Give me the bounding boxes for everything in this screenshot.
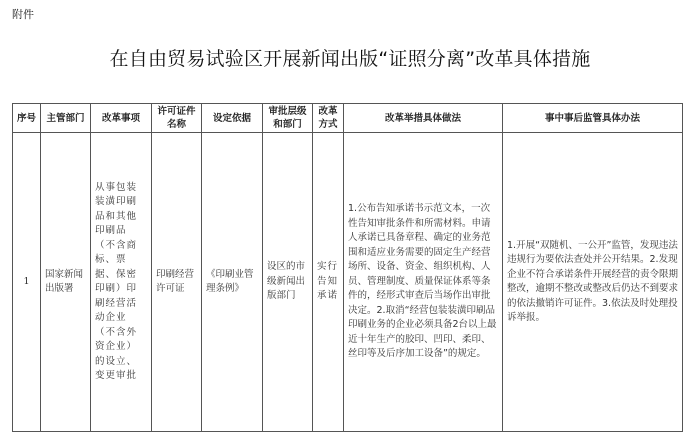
cell-legal-basis: 《印刷业管理条例》 [202, 133, 263, 432]
document-title: 在自由贸易试验区开展新闻出版“证照分离”改革具体措施 [0, 44, 700, 71]
attachment-label: 附件 [12, 6, 34, 22]
table-header-row: 序号 主管部门 改革事项 许可证件名称 设定依据 审批层级和部门 改革方式 改革… [13, 104, 683, 133]
header-approval-level: 审批层级和部门 [263, 104, 313, 133]
cell-index: 1 [13, 133, 41, 432]
header-reform-measures: 改革举措具体做法 [344, 104, 503, 133]
header-legal-basis: 设定依据 [202, 104, 263, 133]
cell-supervision-measures: 1.开展“双随机、一公开”监管，发现违法违规行为要依法查处并公开结果。2.发现企… [503, 133, 683, 432]
cell-approval-level: 设区的市级新闻出版部门 [263, 133, 313, 432]
header-department: 主管部门 [41, 104, 91, 133]
cell-reform-item: 从事包装装潢印刷品和其他印刷品（不含商标、票据、保密印刷）印刷经营活动企业（不含… [91, 133, 152, 432]
reform-measures-table: 序号 主管部门 改革事项 许可证件名称 设定依据 审批层级和部门 改革方式 改革… [12, 103, 683, 432]
cell-reform-method: 实行告知承诺 [313, 133, 344, 432]
header-license-name: 许可证件名称 [152, 104, 202, 133]
table-row: 1 国家新闻出版署 从事包装装潢印刷品和其他印刷品（不含商标、票据、保密印刷）印… [13, 133, 683, 432]
header-supervision-measures: 事中事后监管具体办法 [503, 104, 683, 133]
cell-department: 国家新闻出版署 [41, 133, 91, 432]
header-index: 序号 [13, 104, 41, 133]
reform-measures-text: 1.公布告知承诺书示范文本，一次性告知审批条件和所需材料。申请人承诺已具备章程、… [348, 202, 498, 362]
header-reform-item: 改革事项 [91, 104, 152, 133]
cell-reform-measures: 1.公布告知承诺书示范文本，一次性告知审批条件和所需材料。申请人承诺已具备章程、… [344, 133, 503, 432]
header-reform-method: 改革方式 [313, 104, 344, 133]
cell-license-name: 印刷经营许可证 [152, 133, 202, 432]
supervision-measures-text: 1.开展“双随机、一公开”监管，发现违法违规行为要依法查处并公开结果。2.发现企… [507, 239, 678, 326]
